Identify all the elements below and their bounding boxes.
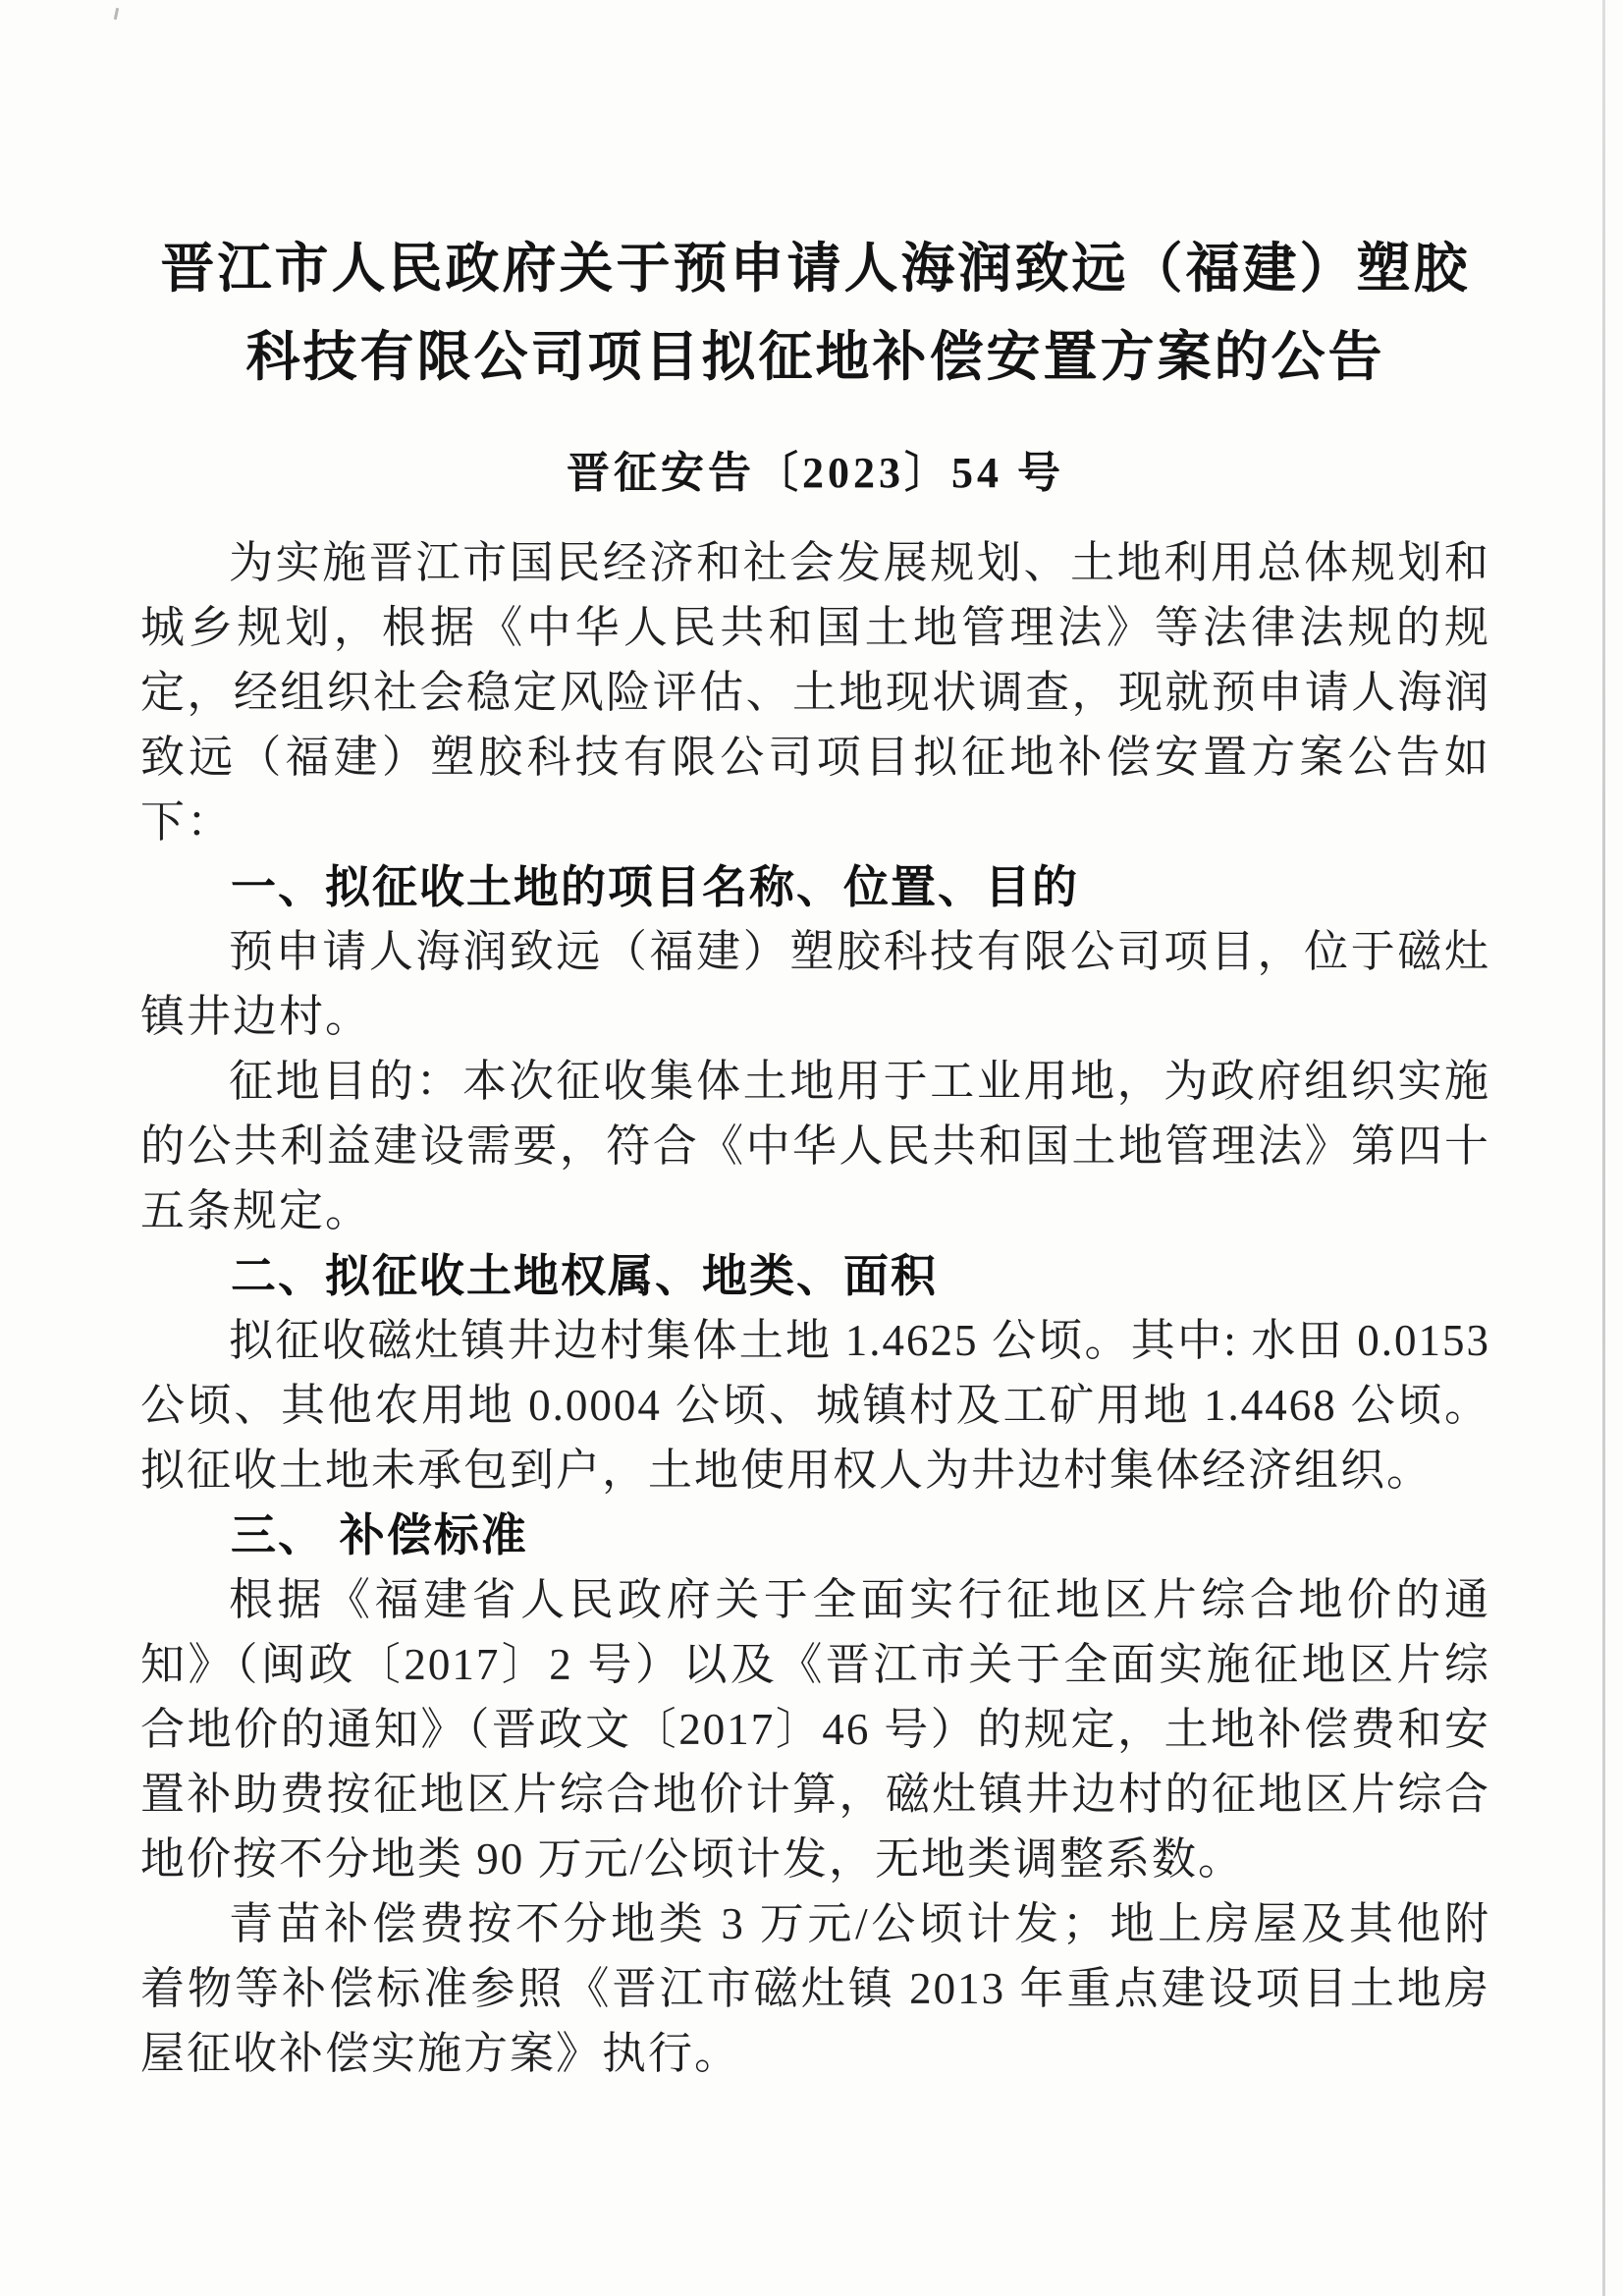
section-2-paragraph-land-area: 拟征收磁灶镇井边村集体土地 1.4625 公顷。其中: 水田 0.0153 公顷… [140, 1308, 1490, 1503]
title-line-1: 晋江市人民政府关于预申请人海润致远（福建）塑胶 [140, 224, 1490, 312]
section-1-heading: 一、拟征收土地的项目名称、位置、目的 [140, 854, 1490, 919]
title-line-2: 科技有限公司项目拟征地补偿安置方案的公告 [140, 312, 1490, 401]
paragraph-intro: 为实施晋江市国民经济和社会发展规划、土地利用总体规划和城乡规划，根据《中华人民共… [140, 530, 1490, 854]
document-number: 晋征安告〔2023〕54 号 [140, 444, 1490, 503]
section-3-paragraph-crops-buildings: 青苗补偿费按不分地类 3 万元/公顷计发；地上房屋及其他附着物等补偿标准参照《晋… [140, 1891, 1490, 2086]
section-3-heading: 三、 补偿标准 [140, 1503, 1490, 1567]
document-page: 晋江市人民政府关于预申请人海润致远（福建）塑胶 科技有限公司项目拟征地补偿安置方… [0, 0, 1623, 2296]
document-body: 为实施晋江市国民经济和社会发展规划、土地利用总体规划和城乡规划，根据《中华人民共… [140, 530, 1490, 2086]
document-title: 晋江市人民政府关于预申请人海润致远（福建）塑胶 科技有限公司项目拟征地补偿安置方… [140, 0, 1490, 401]
section-1-paragraph-project-location: 预申请人海润致远（福建）塑胶科技有限公司项目，位于磁灶镇井边村。 [140, 919, 1490, 1049]
section-1-paragraph-purpose: 征地目的：本次征收集体土地用于工业用地，为政府组织实施的公共利益建设需要，符合《… [140, 1049, 1490, 1243]
section-3-paragraph-compensation-price: 根据《福建省人民政府关于全面实行征地区片综合地价的通知》（闽政〔2017〕2 号… [140, 1567, 1490, 1891]
document-content: 晋江市人民政府关于预申请人海润致远（福建）塑胶 科技有限公司项目拟征地补偿安置方… [0, 0, 1623, 2296]
section-2-heading: 二、拟征收土地权属、地类、面积 [140, 1243, 1490, 1308]
